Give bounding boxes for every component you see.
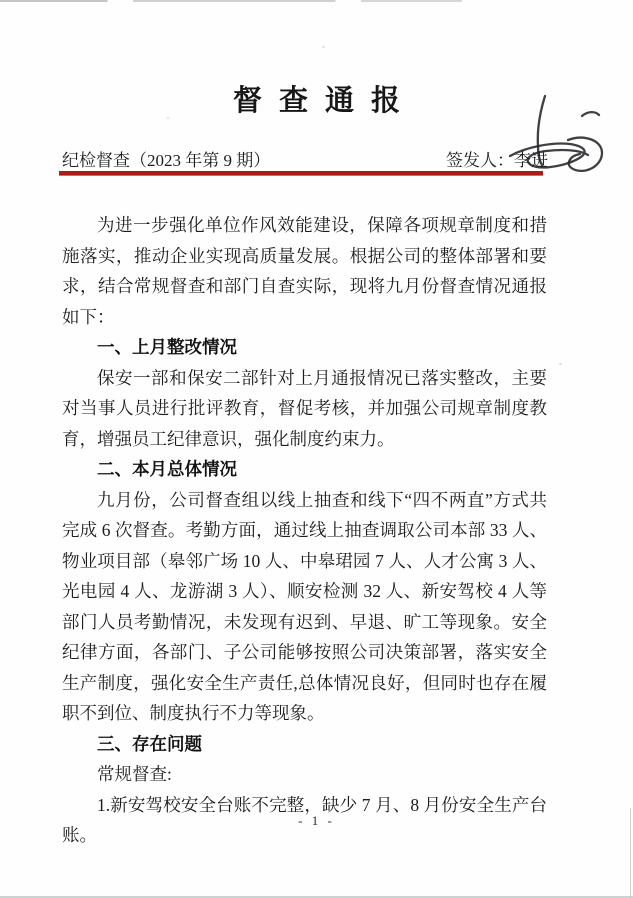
masthead-row: 纪检督查（2023 年第 9 期） 签发人：李进 [62, 146, 560, 171]
section-heading: 二、本月总体情况 [62, 454, 547, 485]
document-body: 为进一步强化单位作风效能建设，保障各项规章制度和措施落实，推动企业实现高质量发展… [62, 210, 547, 851]
signer-name: 李进 [514, 151, 548, 170]
section-heading: 三、存在问题 [62, 729, 547, 760]
paper-speck [322, 46, 325, 48]
masthead-red-rule [59, 171, 543, 175]
page-number: - 1 - [0, 813, 633, 829]
paragraph: 九月份，公司督查组以线上抽查和线下“四不两直”方式共完成 6 次督查。考勤方面，… [62, 485, 547, 729]
paragraph: 为进一步强化单位作风效能建设，保障各项规章制度和措施落实，推动企业实现高质量发展… [62, 210, 547, 332]
document-title: 督查通报 [0, 78, 633, 119]
paragraph: 保安一部和保安二部针对上月通报情况已落实整改，主要对当事人员进行批评教育，督促考… [62, 363, 547, 455]
section-heading: 一、上月整改情况 [62, 332, 547, 363]
signer-label: 签发人： [446, 151, 514, 170]
paper-speck [559, 363, 562, 365]
scan-edge-artifact-top [0, 0, 633, 2]
paragraph: 常规督查: [62, 759, 547, 790]
paper-speck [167, 117, 169, 119]
issue-number: 纪检督查（2023 年第 9 期） [62, 146, 270, 171]
scanned-document-page: 督查通报 纪检督查（2023 年第 9 期） 签发人：李进 为进一步强化单位作风… [0, 0, 633, 898]
signer-line: 签发人：李进 [446, 146, 560, 171]
